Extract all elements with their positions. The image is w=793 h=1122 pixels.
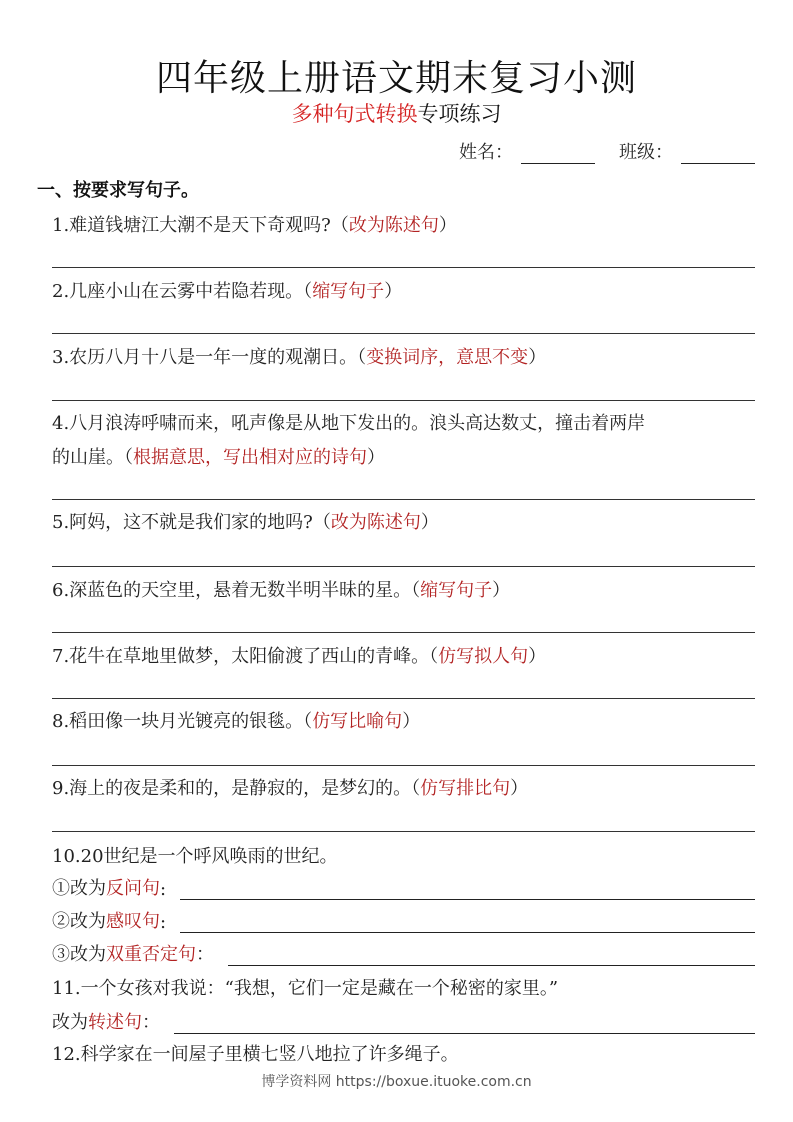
question-9: 9.海上的夜是柔和的，是静寂的，是梦幻的。（仿写排比句） xyxy=(52,772,528,806)
question-4-line2: 的山崖。（根据意思，写出相对应的诗句） xyxy=(52,441,385,475)
answer-line-9[interactable] xyxy=(52,831,755,832)
question-hint: 缩写句子 xyxy=(312,281,384,302)
answer-line-4[interactable] xyxy=(52,499,755,500)
answer-line-7[interactable] xyxy=(52,698,755,699)
question-hint: 仿写比喻句 xyxy=(312,711,402,732)
answer-line-6[interactable] xyxy=(52,632,755,633)
subtitle-highlight: 多种句式转换 xyxy=(292,102,418,126)
paren-close: ） xyxy=(510,778,528,799)
question-text: 1.难道钱塘江大潮不是天下奇观吗?（ xyxy=(52,215,349,236)
question-4-line1: 4.八月浪涛呼啸而来，吼声像是从地下发出的。浪头高达数丈，撞击着两岸 xyxy=(52,407,645,441)
question-text: 11.一个女孩对我说：“我想，它们一定是藏在一个秘密的家里。” xyxy=(52,978,558,999)
answer-line-5[interactable] xyxy=(52,566,755,567)
sub-hint: 反问句 xyxy=(106,874,160,900)
q10-sub-2: ②改为感叹句: xyxy=(52,907,755,933)
answer-line-3[interactable] xyxy=(52,400,755,401)
answer-blank[interactable] xyxy=(228,951,755,966)
question-hint: 缩写句子 xyxy=(420,580,492,601)
name-label: 姓名： xyxy=(459,142,513,163)
question-2: 2.几座小山在云雾中若隐若现。（缩写句子） xyxy=(52,275,402,309)
question-text: 的山崖。（ xyxy=(52,447,133,468)
sub-prefix: ③改为 xyxy=(52,940,106,966)
paren-close: ） xyxy=(528,646,546,667)
question-text: 9.海上的夜是柔和的，是静寂的，是梦幻的。（ xyxy=(52,778,420,799)
question-text: 8.稻田像一块月光镀亮的银毯。（ xyxy=(52,711,312,732)
sub-prefix: 改为 xyxy=(52,1008,88,1034)
page-subtitle: 多种句式转换专项练习 xyxy=(0,98,793,128)
name-blank[interactable] xyxy=(521,145,595,164)
sub-prefix: ①改为 xyxy=(52,874,106,900)
q10-sub-3: ③改为双重否定句： xyxy=(52,940,755,966)
answer-line-2[interactable] xyxy=(52,333,755,334)
question-text: 12.科学家在一间屋子里横七竖八地拉了许多绳子。 xyxy=(52,1044,459,1065)
question-text: 4.八月浪涛呼啸而来，吼声像是从地下发出的。浪头高达数丈，撞击着两岸 xyxy=(52,413,645,434)
sub-suffix: : xyxy=(160,879,166,900)
sub-suffix: ： xyxy=(142,1008,160,1034)
sub-hint: 感叹句 xyxy=(106,907,160,933)
question-text: 10.20世纪是一个呼风唤雨的世纪。 xyxy=(52,846,338,867)
question-1: 1.难道钱塘江大潮不是天下奇观吗?（改为陈述句） xyxy=(52,209,457,243)
question-11: 11.一个女孩对我说：“我想，它们一定是藏在一个秘密的家里。” xyxy=(52,972,558,1006)
question-hint: 仿写排比句 xyxy=(420,778,510,799)
sub-hint: 双重否定句 xyxy=(106,940,196,966)
sub-suffix: : xyxy=(160,912,166,933)
page-title: 四年级上册语文期末复习小测 xyxy=(0,50,793,101)
question-text: 2.几座小山在云雾中若隐若现。（ xyxy=(52,281,312,302)
class-label: 班级： xyxy=(619,142,673,163)
question-5: 5.阿妈，这不就是我们家的地吗?（改为陈述句） xyxy=(52,506,439,540)
question-hint: 根据意思，写出相对应的诗句 xyxy=(133,447,367,468)
question-text: 7.花牛在草地里做梦，太阳偷渡了西山的青峰。（ xyxy=(52,646,438,667)
question-10: 10.20世纪是一个呼风唤雨的世纪。 xyxy=(52,840,338,874)
sub-hint: 转述句 xyxy=(88,1008,142,1034)
paren-close: ） xyxy=(402,711,420,732)
answer-line-1[interactable] xyxy=(52,267,755,268)
paren-close: ） xyxy=(439,215,457,236)
question-hint: 仿写拟人句 xyxy=(438,646,528,667)
answer-blank[interactable] xyxy=(174,1019,755,1034)
footer-watermark: 博学资料网 https://boxue.ituoke.com.cn xyxy=(0,1071,793,1091)
question-12: 12.科学家在一间屋子里横七竖八地拉了许多绳子。 xyxy=(52,1038,459,1072)
question-3: 3.农历八月十八是一年一度的观潮日。（变换词序，意思不变） xyxy=(52,341,546,375)
paren-close: ） xyxy=(367,447,385,468)
paren-close: ） xyxy=(492,580,510,601)
sub-prefix: ②改为 xyxy=(52,907,106,933)
question-hint: 改为陈述句 xyxy=(349,215,439,236)
answer-line-8[interactable] xyxy=(52,765,755,766)
question-text: 6.深蓝色的天空里，悬着无数半明半昧的星。（ xyxy=(52,580,420,601)
question-7: 7.花牛在草地里做梦，太阳偷渡了西山的青峰。（仿写拟人句） xyxy=(52,640,546,674)
question-hint: 改为陈述句 xyxy=(331,512,421,533)
student-info: 姓名：班级： xyxy=(459,138,755,164)
question-hint: 变换词序，意思不变 xyxy=(366,347,528,368)
paren-close: ） xyxy=(528,347,546,368)
q10-sub-1: ①改为反问句: xyxy=(52,874,755,900)
subtitle-rest: 专项练习 xyxy=(418,102,502,126)
sub-suffix: ： xyxy=(196,940,214,966)
answer-blank[interactable] xyxy=(180,918,755,933)
answer-blank[interactable] xyxy=(180,885,755,900)
question-text: 5.阿妈，这不就是我们家的地吗?（ xyxy=(52,512,331,533)
q11-sub: 改为转述句： xyxy=(52,1008,755,1034)
paren-close: ） xyxy=(384,281,402,302)
paren-close: ） xyxy=(421,512,439,533)
class-blank[interactable] xyxy=(681,145,755,164)
question-8: 8.稻田像一块月光镀亮的银毯。（仿写比喻句） xyxy=(52,705,420,739)
question-6: 6.深蓝色的天空里，悬着无数半明半昧的星。（缩写句子） xyxy=(52,574,510,608)
section-title: 一、按要求写句子。 xyxy=(37,176,199,202)
question-text: 3.农历八月十八是一年一度的观潮日。（ xyxy=(52,347,366,368)
